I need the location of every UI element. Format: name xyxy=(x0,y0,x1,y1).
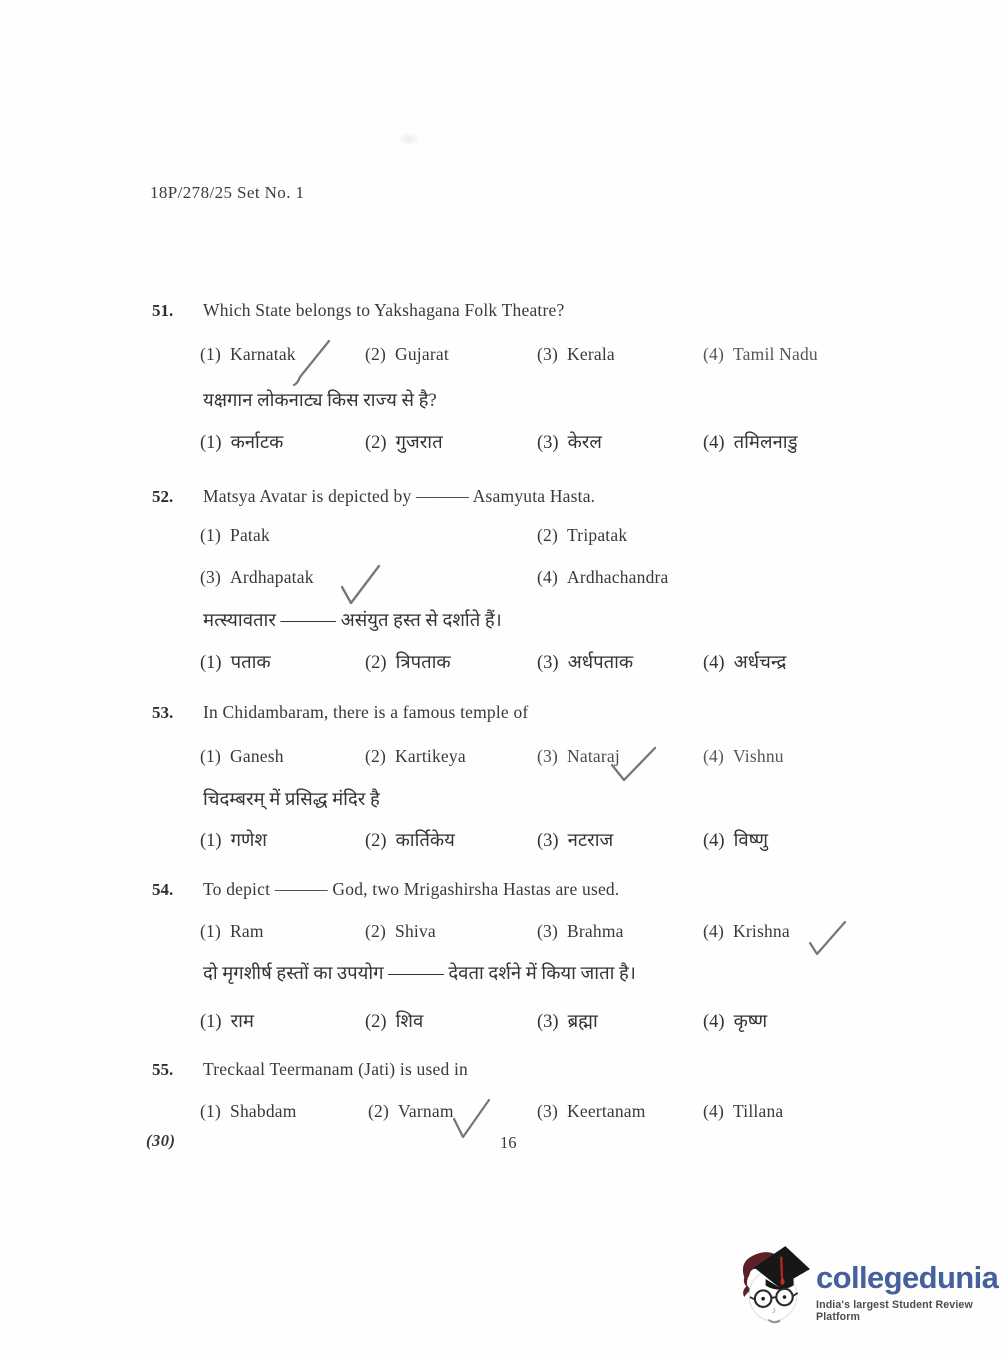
q52-option-4-en: (4)Ardhachandra xyxy=(537,567,669,588)
q53-option-4-hi: (4)विष्णु xyxy=(703,827,768,852)
question-52-number: 52. xyxy=(152,487,173,507)
option-label: (3) xyxy=(537,653,559,674)
option-label: (2) xyxy=(365,653,387,674)
option-label: (2) xyxy=(537,525,558,546)
option-label: (1) xyxy=(200,831,222,852)
q53-option-1-hi: (1)गणेश xyxy=(200,827,267,852)
collegedunia-mascot-icon xyxy=(736,1240,810,1336)
option-label: (2) xyxy=(365,746,386,767)
option-label: (2) xyxy=(365,831,387,852)
q52-option-2-hi: (2)त्रिपताक xyxy=(365,649,451,674)
option-label: (3) xyxy=(537,1101,558,1122)
option-label: (2) xyxy=(368,1101,389,1122)
q54-option-3-en: (3)Brahma xyxy=(537,921,624,942)
option-text: ब्रह्मा xyxy=(568,1012,598,1032)
q55-option-4-en: (4)Tillana xyxy=(703,1101,783,1122)
option-text: कार्तिकेय xyxy=(396,831,455,851)
option-text: विष्णु xyxy=(734,831,768,851)
exam-code-header: 18P/278/25 Set No. 1 xyxy=(150,183,304,203)
question-51-number: 51. xyxy=(152,301,173,321)
answer-tick-q52-option3 xyxy=(336,560,384,610)
answer-tick-q54-option4 xyxy=(804,916,850,962)
q54-option-1-hi: (1)राम xyxy=(200,1008,254,1033)
q51-option-1-hi: (1)कर्नाटक xyxy=(200,429,283,454)
q54-option-2-hi: (2)शिव xyxy=(365,1008,423,1033)
question-52-text-hi: मत्स्यावतार ——— असंयुत हस्त से दर्शाते ह… xyxy=(203,607,502,632)
q51-option-1-en: (1)Karnatak xyxy=(200,344,296,365)
option-text: Varnam xyxy=(398,1101,454,1121)
q54-option-1-en: (1)Ram xyxy=(200,921,264,942)
answer-tick-q55-option2 xyxy=(448,1094,494,1144)
q54-option-4-en: (4)Krishna xyxy=(703,921,790,942)
option-text: कर्नाटक xyxy=(231,433,284,453)
option-label: (2) xyxy=(365,344,386,365)
q53-option-4-en: (4)Vishnu xyxy=(703,746,784,767)
option-text: Brahma xyxy=(567,921,624,941)
option-text: शिव xyxy=(396,1012,424,1032)
option-text: Gujarat xyxy=(395,344,449,364)
option-label: (4) xyxy=(703,831,725,852)
scan-smudge xyxy=(398,132,420,146)
option-label: (1) xyxy=(200,525,221,546)
option-label: (4) xyxy=(703,653,725,674)
option-text: गुजरात xyxy=(396,433,443,453)
option-text: Tamil Nadu xyxy=(733,344,818,364)
q52-option-2-en: (2)Tripatak xyxy=(537,525,627,546)
option-text: अर्धपताक xyxy=(568,653,634,673)
option-text: Keertanam xyxy=(567,1101,646,1121)
q54-option-3-hi: (3)ब्रह्मा xyxy=(537,1008,598,1033)
option-label: (3) xyxy=(537,344,558,365)
option-label: (4) xyxy=(703,433,725,454)
option-label: (1) xyxy=(200,653,222,674)
q52-option-1-en: (1)Patak xyxy=(200,525,270,546)
q53-option-3-hi: (3)नटराज xyxy=(537,827,613,852)
collegedunia-tagline: India's largest Student Review Platform xyxy=(816,1299,1001,1323)
option-label: (4) xyxy=(703,746,724,767)
option-label: (1) xyxy=(200,1101,221,1122)
option-text: त्रिपताक xyxy=(396,653,451,673)
question-55-number: 55. xyxy=(152,1060,173,1080)
option-text: Ganesh xyxy=(230,746,284,766)
q55-option-3-en: (3)Keertanam xyxy=(537,1101,646,1122)
page-number: 16 xyxy=(500,1133,517,1153)
scanned-exam-page: 18P/278/25 Set No. 1 51. Which State bel… xyxy=(0,0,1001,1356)
option-label: (4) xyxy=(703,1012,725,1033)
question-55-text-en: Treckaal Teermanam (Jati) is used in xyxy=(203,1059,468,1080)
option-label: (1) xyxy=(200,344,221,365)
option-label: (4) xyxy=(537,567,558,588)
option-text: Nataraj xyxy=(567,746,620,766)
option-text: Kartikeya xyxy=(395,746,466,766)
option-text: Vishnu xyxy=(733,746,784,766)
option-text: नटराज xyxy=(568,831,614,851)
option-label: (4) xyxy=(703,1101,724,1122)
option-label: (1) xyxy=(200,1012,222,1033)
q54-option-2-en: (2)Shiva xyxy=(365,921,436,942)
q55-option-1-en: (1)Shabdam xyxy=(200,1101,297,1122)
option-label: (3) xyxy=(537,1012,559,1033)
question-53-text-en: In Chidambaram, there is a famous temple… xyxy=(203,702,528,723)
option-text: Ardhapatak xyxy=(230,567,314,587)
option-text: केरल xyxy=(568,433,602,453)
q52-option-3-en: (3)Ardhapatak xyxy=(200,567,314,588)
q54-option-4-hi: (4)कृष्ण xyxy=(703,1008,767,1033)
option-label: (1) xyxy=(200,921,221,942)
option-text: Tripatak xyxy=(567,525,627,545)
option-text: कृष्ण xyxy=(734,1012,768,1032)
option-label: (1) xyxy=(200,746,221,767)
option-text: Ram xyxy=(230,921,264,941)
collegedunia-logo: collegedunia .com India's largest Studen… xyxy=(736,1240,994,1340)
q52-option-3-hi: (3)अर्धपताक xyxy=(537,649,633,674)
question-51-text-hi: यक्षगान लोकनाट्य किस राज्य से है? xyxy=(203,387,437,412)
option-label: (3) xyxy=(537,746,558,767)
q51-option-4-hi: (4)तमिलनाडु xyxy=(703,429,797,454)
option-label: (4) xyxy=(703,921,724,942)
option-text: Karnatak xyxy=(230,344,296,364)
option-text: Patak xyxy=(230,525,270,545)
question-53-number: 53. xyxy=(152,703,173,723)
option-text: Shabdam xyxy=(230,1101,297,1121)
question-54-number: 54. xyxy=(152,880,173,900)
q51-option-4-en: (4)Tamil Nadu xyxy=(703,344,818,365)
option-label: (3) xyxy=(537,433,559,454)
q51-option-2-hi: (2)गुजरात xyxy=(365,429,443,454)
option-label: (2) xyxy=(365,1012,387,1033)
option-text: तमिलनाडु xyxy=(734,433,798,453)
option-text: अर्धचन्द्र xyxy=(734,653,787,673)
q53-option-2-en: (2)Kartikeya xyxy=(365,746,466,767)
q52-option-1-hi: (1)पताक xyxy=(200,649,271,674)
option-text: राम xyxy=(231,1012,254,1032)
question-54-text-hi: दो मृगशीर्ष हस्तों का उपयोग ——— देवता दर… xyxy=(203,960,636,985)
question-53-text-hi: चिदम्बरम् में प्रसिद्ध मंदिर है xyxy=(203,786,380,811)
answer-tick-q51-option1 xyxy=(293,336,335,386)
option-label: (1) xyxy=(200,433,222,454)
q52-option-4-hi: (4)अर्धचन्द्र xyxy=(703,649,786,674)
option-label: (3) xyxy=(537,831,559,852)
option-text: Shiva xyxy=(395,921,436,941)
option-label: (3) xyxy=(200,567,221,588)
booklet-code: (30) xyxy=(146,1131,176,1151)
option-label: (4) xyxy=(703,344,724,365)
q53-option-2-hi: (2)कार्तिकेय xyxy=(365,827,455,852)
q51-option-3-en: (3)Kerala xyxy=(537,344,615,365)
q55-option-2-en: (2)Varnam xyxy=(368,1101,454,1122)
option-text: Tillana xyxy=(733,1101,783,1121)
option-text: Ardhachandra xyxy=(567,567,669,587)
option-label: (3) xyxy=(537,921,558,942)
q53-option-3-en: (3)Nataraj xyxy=(537,746,620,767)
option-text: Krishna xyxy=(733,921,790,941)
question-54-text-en: To depict ——— God, two Mrigashirsha Hast… xyxy=(203,879,619,900)
question-51-text-en: Which State belongs to Yakshagana Folk T… xyxy=(203,300,564,321)
q53-option-1-en: (1)Ganesh xyxy=(200,746,284,767)
option-text: Kerala xyxy=(567,344,615,364)
option-label: (2) xyxy=(365,921,386,942)
option-text: पताक xyxy=(231,653,271,673)
q51-option-3-hi: (3)केरल xyxy=(537,429,602,454)
collegedunia-brand-text: collegedunia xyxy=(816,1262,998,1293)
q51-option-2-en: (2)Gujarat xyxy=(365,344,449,365)
option-label: (2) xyxy=(365,433,387,454)
question-52-text-en: Matsya Avatar is depicted by ——— Asamyut… xyxy=(203,486,595,507)
option-text: गणेश xyxy=(231,831,267,851)
